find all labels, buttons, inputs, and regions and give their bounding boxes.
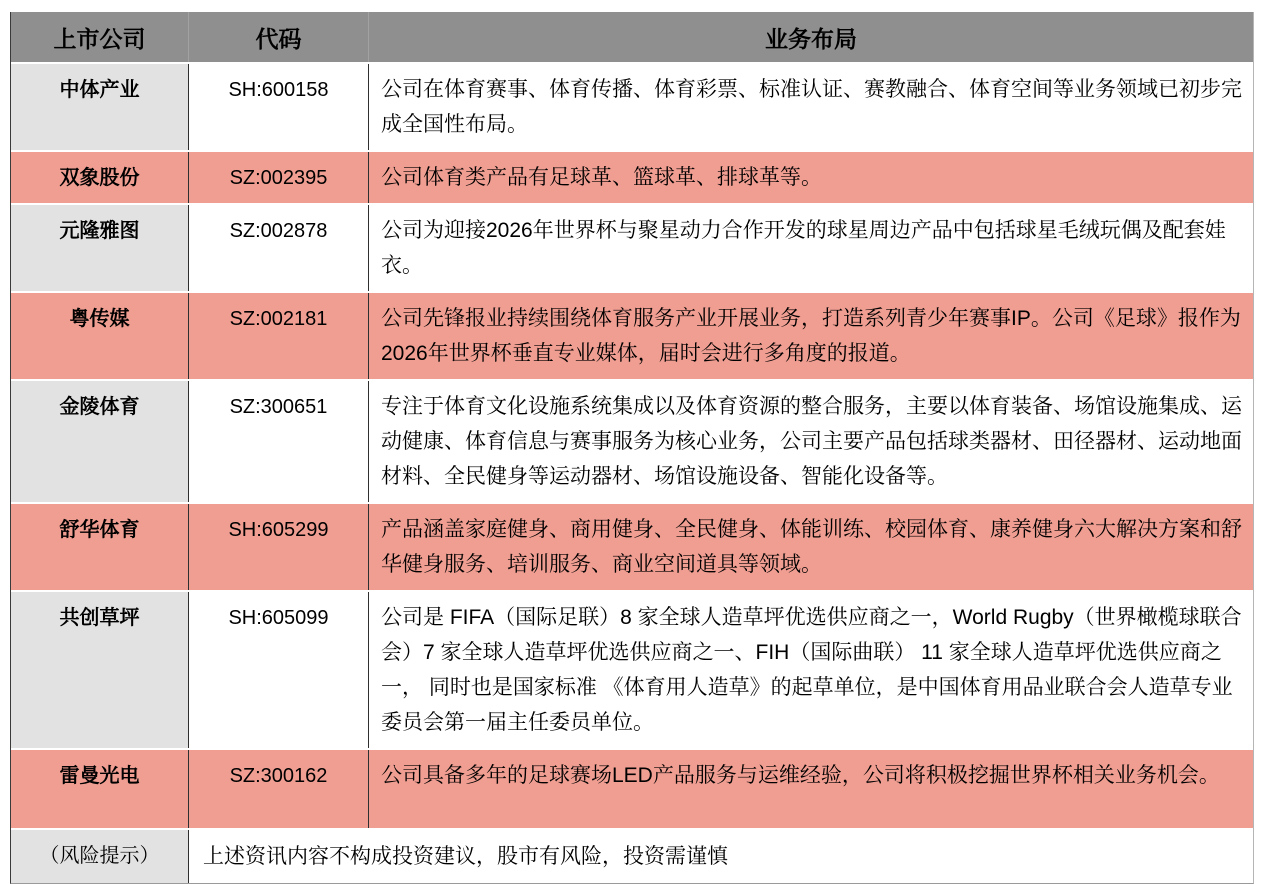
company-cell: 粤传媒 xyxy=(11,293,188,379)
company-cell: 共创草坪 xyxy=(11,592,188,748)
code-cell: SZ:300651 xyxy=(188,381,368,502)
code-cell: SZ:002878 xyxy=(188,205,368,291)
business-cell: 公司先锋报业持续围绕体育服务产业开展业务，打造系列青少年赛事IP。公司《足球》报… xyxy=(368,293,1253,379)
business-cell: 专注于体育文化设施系统集成以及体育资源的整合服务，主要以体育装备、场馆设施集成、… xyxy=(368,381,1253,502)
code-cell: SZ:002181 xyxy=(188,293,368,379)
table-row: 舒华体育 SH:605299 产品涵盖家庭健身、商用健身、全民健身、体能训练、校… xyxy=(11,502,1253,590)
column-header-code: 代码 xyxy=(188,12,368,62)
company-cell: 元隆雅图 xyxy=(11,205,188,291)
table-row: 元隆雅图 SZ:002878 公司为迎接2026年世界杯与聚星动力合作开发的球星… xyxy=(11,203,1253,291)
column-header-company: 上市公司 xyxy=(11,12,188,62)
company-cell: 金陵体育 xyxy=(11,381,188,502)
table-row: 双象股份 SZ:002395 公司体育类产品有足球革、篮球革、排球革等。 xyxy=(11,150,1253,203)
table-header-row: 上市公司 代码 业务布局 xyxy=(11,12,1253,62)
risk-disclaimer-text: 上述资讯内容不构成投资建议，股市有风险，投资需谨慎 xyxy=(188,830,1253,883)
table-row: 雷曼光电 SZ:300162 公司具备多年的足球赛场LED产品服务与运维经验，公… xyxy=(11,748,1253,828)
code-cell: SH:600158 xyxy=(188,64,368,150)
table-row: 粤传媒 SZ:002181 公司先锋报业持续围绕体育服务产业开展业务，打造系列青… xyxy=(11,291,1253,379)
company-cell: 雷曼光电 xyxy=(11,750,188,828)
company-cell: 双象股份 xyxy=(11,152,188,203)
code-cell: SZ:002395 xyxy=(188,152,368,203)
table-row: 共创草坪 SH:605099 公司是 FIFA（国际足联）8 家全球人造草坪优选… xyxy=(11,590,1253,748)
company-cell: 舒华体育 xyxy=(11,504,188,590)
code-cell: SH:605099 xyxy=(188,592,368,748)
column-header-business: 业务布局 xyxy=(368,12,1253,62)
business-cell: 公司体育类产品有足球革、篮球革、排球革等。 xyxy=(368,152,1253,203)
business-cell: 公司为迎接2026年世界杯与聚星动力合作开发的球星周边产品中包括球星毛绒玩偶及配… xyxy=(368,205,1253,291)
business-cell: 公司是 FIFA（国际足联）8 家全球人造草坪优选供应商之一，World Rug… xyxy=(368,592,1253,748)
stock-table: 上市公司 代码 业务布局 中体产业 SH:600158 公司在体育赛事、体育传播… xyxy=(10,12,1254,884)
business-cell: 公司在体育赛事、体育传播、体育彩票、标准认证、赛教融合、体育空间等业务领域已初步… xyxy=(368,64,1253,150)
table-row: 金陵体育 SZ:300651 专注于体育文化设施系统集成以及体育资源的整合服务，… xyxy=(11,379,1253,502)
business-cell: 产品涵盖家庭健身、商用健身、全民健身、体能训练、校园体育、康养健身六大解决方案和… xyxy=(368,504,1253,590)
code-cell: SZ:300162 xyxy=(188,750,368,828)
table-row: 中体产业 SH:600158 公司在体育赛事、体育传播、体育彩票、标准认证、赛教… xyxy=(11,62,1253,150)
company-cell: 中体产业 xyxy=(11,64,188,150)
risk-disclaimer-row: （风险提示） 上述资讯内容不构成投资建议，股市有风险，投资需谨慎 xyxy=(11,828,1253,883)
code-cell: SH:605299 xyxy=(188,504,368,590)
risk-disclaimer-label: （风险提示） xyxy=(11,830,188,883)
business-cell: 公司具备多年的足球赛场LED产品服务与运维经验，公司将积极挖掘世界杯相关业务机会… xyxy=(368,750,1253,828)
